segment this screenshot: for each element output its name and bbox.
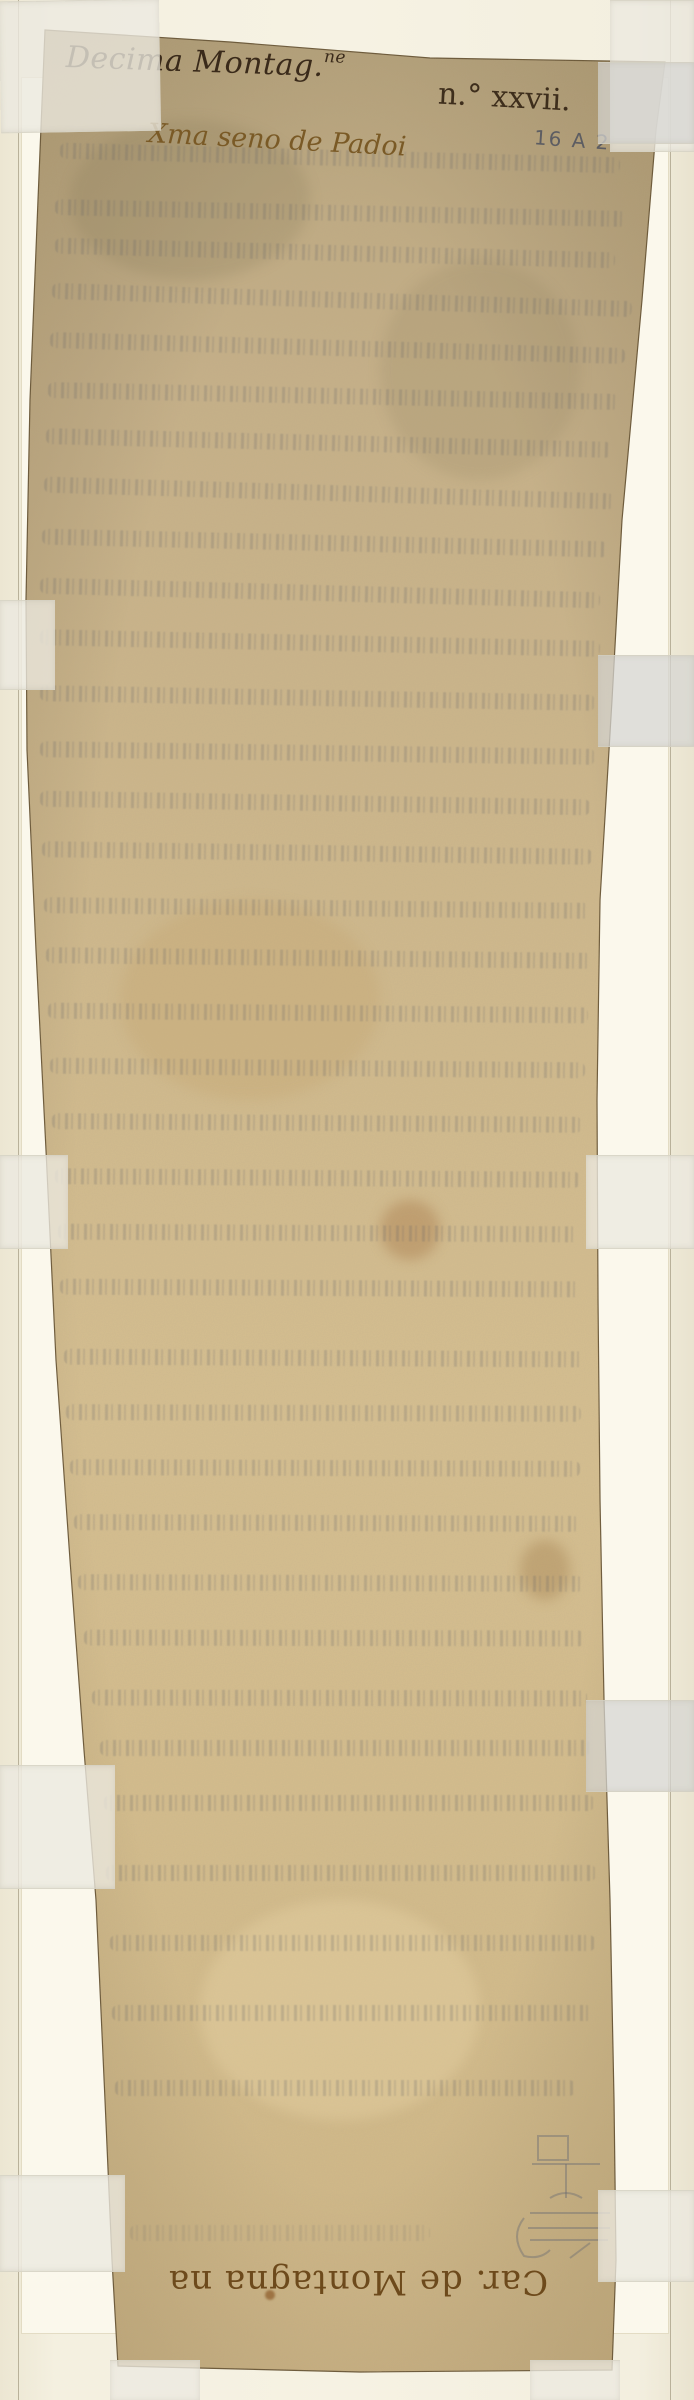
title-superscript: ne	[324, 47, 347, 68]
tape-right-2	[586, 1155, 694, 1249]
text-line	[60, 1279, 580, 1298]
text-line	[40, 741, 595, 765]
tape-top-right-overlay	[598, 62, 694, 144]
text-line	[40, 685, 595, 711]
text-line	[46, 947, 591, 969]
tape-right-4	[598, 2190, 694, 2282]
text-line	[42, 529, 607, 558]
text-line	[50, 332, 625, 364]
text-line	[40, 578, 600, 609]
text-line	[40, 791, 590, 816]
inverted-dorsal-endorsement: Car. de Montagna na	[168, 2262, 548, 2302]
text-line	[40, 629, 600, 657]
tape-bottom-left	[110, 2360, 200, 2400]
text-line	[55, 1168, 580, 1188]
text-line	[55, 238, 615, 269]
text-line	[84, 1630, 584, 1647]
text-line	[55, 199, 625, 227]
archival-number: n.° xxvii.	[437, 77, 572, 119]
tape-right-1	[598, 655, 694, 747]
text-line	[130, 2225, 430, 2241]
text-line	[46, 428, 611, 458]
text-line	[44, 897, 589, 919]
text-line	[100, 1740, 590, 1756]
text-line	[44, 477, 614, 510]
tape-left-3	[0, 1765, 115, 1889]
tape-right-3	[586, 1700, 694, 1792]
text-line	[115, 2080, 575, 2096]
text-line	[50, 1058, 585, 1079]
text-line	[112, 2005, 592, 2021]
text-line	[106, 1865, 596, 1881]
text-line	[104, 1795, 594, 1811]
tape-left-1	[0, 600, 55, 690]
text-line	[74, 1514, 579, 1532]
text-line	[78, 1574, 583, 1592]
tape-left-2	[0, 1155, 68, 1249]
text-line	[52, 283, 632, 317]
text-line	[48, 1003, 588, 1024]
text-line	[66, 1404, 581, 1422]
tape-left-4	[0, 2175, 125, 2272]
text-line	[42, 841, 592, 865]
text-line	[70, 1459, 580, 1477]
text-line	[92, 1690, 587, 1707]
tape-bottom-right	[530, 2360, 620, 2400]
tape-top-left	[0, 0, 161, 133]
text-line	[48, 382, 618, 410]
text-line	[58, 1224, 578, 1243]
text-line	[110, 1935, 595, 1951]
text-line	[64, 1349, 584, 1368]
text-line	[52, 1113, 582, 1133]
